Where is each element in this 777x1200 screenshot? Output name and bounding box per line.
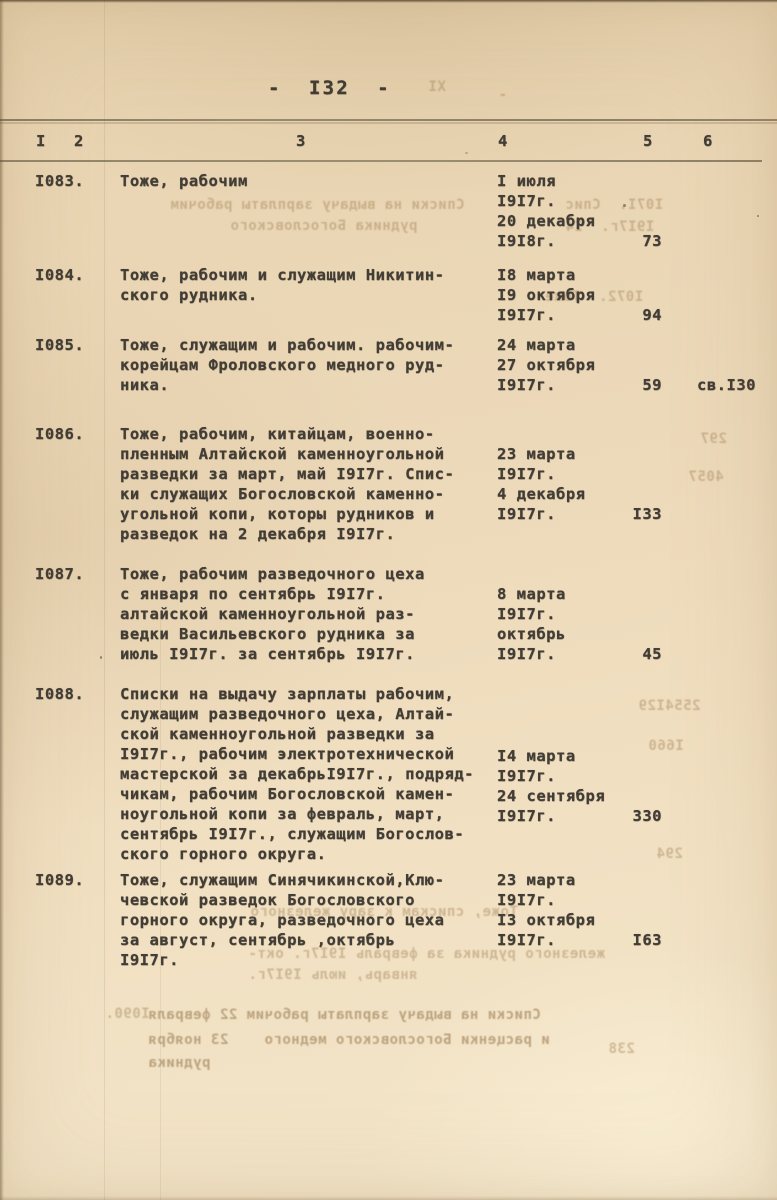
column-header-1: I [36, 131, 46, 151]
entry-sheet-count: 45 [596, 644, 662, 664]
page-number: - I32 - [268, 78, 391, 98]
entry-sheet-count: 330 [596, 806, 662, 826]
entry-description: Списки на выдачу зарплаты рабочим, служа… [120, 684, 520, 864]
bleedthrough-text: I660 [648, 737, 684, 756]
bleedthrough-text: 238 [608, 1040, 635, 1059]
scan-edge-top [0, 0, 777, 3]
table-header-rule-top [0, 119, 777, 121]
entry-description: Тоже, рабочим и служащим Никитин- ского … [120, 265, 520, 305]
entry-number: I089. [35, 870, 84, 890]
ink-speck [757, 215, 759, 217]
bleedthrough-text: 294 [656, 845, 683, 864]
entry-number: I083. [35, 171, 84, 191]
column-header-3: 3 [296, 131, 306, 151]
entry-note: св.I30 [697, 375, 756, 395]
entry-sheet-count: 59 [596, 375, 662, 395]
bleedthrough-text: 4057 [688, 468, 724, 487]
entry-sheet-count: I63 [596, 930, 662, 950]
ink-speck [100, 656, 102, 659]
entry-number: I084. [35, 265, 84, 285]
entry-sheet-count: 94 [596, 305, 662, 325]
column-header-5: 5 [643, 131, 653, 151]
ink-speck [465, 152, 468, 154]
entry-number: I088. [35, 684, 84, 704]
column-header-2: 2 [74, 131, 84, 151]
bleedthrough-text: рудника [148, 1054, 211, 1073]
entry-sheet-count: I33 [596, 504, 662, 524]
bleedthrough-text: Списки на выдачу зарплаты рабочим [170, 196, 465, 215]
scan-edge-bottom [0, 1196, 777, 1200]
column-header-6: 6 [703, 131, 713, 151]
entry-description: Тоже, рабочим, китайцам, военно- пленным… [120, 424, 520, 544]
table-header-rule-bottom [0, 160, 762, 162]
bleedthrough-text: и расценки Богословского медного 23 нояб… [148, 1031, 550, 1050]
entry-number: I086. [35, 424, 84, 444]
entry-description: Тоже, рабочим [120, 171, 520, 191]
entry-description: Тоже, рабочим разведочного цеха с января… [120, 564, 520, 664]
entry-sheet-count: 73 [596, 231, 662, 251]
column-header-4: 4 [498, 131, 508, 151]
bleedthrough-text: XI [428, 78, 446, 97]
entry-number: I085. [35, 335, 84, 355]
bleedthrough-text: Списки на выдачу зарплаты рабочим 22 фев… [148, 1006, 541, 1025]
bleedthrough-text: - [498, 86, 507, 105]
entry-number: I087. [35, 564, 84, 584]
bleedthrough-text: I090. [105, 1005, 150, 1024]
bleedthrough-text: 2554I29 [638, 697, 701, 716]
scanned-document-page: XI - Списки на выдачу зарплаты рабочим р… [0, 0, 777, 1200]
entry-description: Тоже, служащим Синячикинской,Клю- чевско… [120, 870, 520, 970]
scan-edge-left [0, 0, 4, 1200]
bleedthrough-text: 297 [700, 430, 727, 449]
bleedthrough-text: рудника Богословского [230, 217, 418, 236]
entry-description: Тоже, служащим и рабочим. рабочим- корей… [120, 335, 520, 395]
